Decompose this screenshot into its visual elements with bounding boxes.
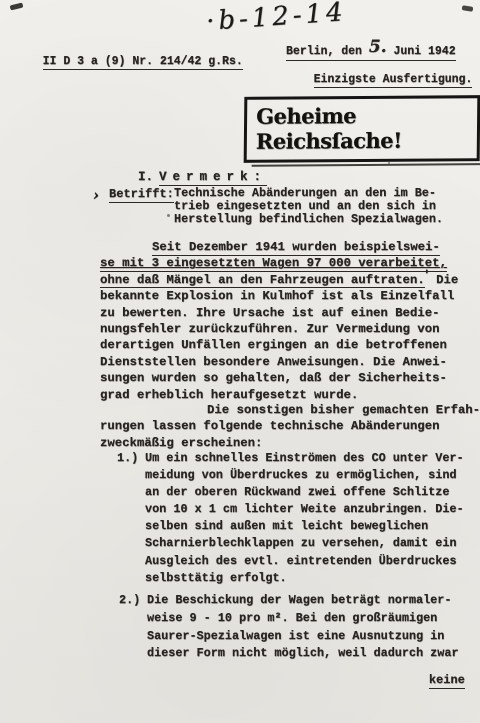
stamp-text: Geheime Reichsſache! (256, 103, 402, 154)
body-line-partially-underlined: ohne daß Mängel an den Fahrzeugen auftra… (100, 272, 458, 288)
scan-artifact (10, 3, 24, 11)
body-line: Scharnierblechklappen zu versehen, damit… (145, 535, 464, 552)
body-line: selben sind außen mit leicht beweglichen (145, 518, 464, 535)
scan-speck (167, 214, 170, 217)
body-line: meidung von Überdruckes zu ermöglichen, … (145, 467, 464, 484)
item-text: Um ein schnelles Einströmen des CO unter… (145, 450, 464, 587)
body-line: Ausgleich des evtl. eintretenden Überdru… (145, 553, 464, 570)
subject-label: Betrifft: (109, 187, 174, 201)
date-line: Berlin, den 5. Juni 1942 (286, 39, 456, 59)
reference-number-text: II D 3 a (9) Nr. 214/42 g.Rs. (43, 55, 243, 70)
catchword: keine (400, 659, 465, 701)
handwritten-tick: ' (425, 268, 429, 283)
body-line: derartigen Unfällen ergingen an die betr… (100, 337, 458, 353)
heading-title: Vermerk: (159, 170, 267, 186)
body-line: nungsfehler zurückzuführen. Zur Vermeidu… (100, 321, 458, 337)
body-line: Dienststellen besondere Anweisungen. Die… (100, 354, 458, 370)
body-line: zweckmäßig erscheinen: (100, 435, 480, 451)
body-line: Saurer-Spezialwagen ist eine Ausnutzung … (147, 628, 459, 646)
body-line: rungen lassen folgende technische Abände… (100, 418, 480, 434)
body-line: grad erheblich heraufgesetzt wurde. (100, 387, 458, 403)
subject-text: Technische Abänderungen an den im Be- tr… (174, 187, 443, 227)
paragraph-operations: Seit Dezember 1941 wurden beispielswei- … (100, 239, 458, 403)
body-line: Die Beschickung der Wagen beträgt normal… (147, 592, 459, 610)
body-line: sungen wurden so gehalten, daß der Siche… (100, 370, 458, 386)
body-line: von 10 x 1 cm lichter Weite anzubringen.… (145, 501, 464, 518)
subject-line: Herstellung befindlichen Spezialwagen. (174, 213, 443, 226)
body-line: Die sonstigen bisher gemachten Erfah- (100, 402, 480, 418)
body-line: bekannte Explosion in Kulmhof ist als Ei… (100, 288, 458, 304)
handwritten-day: 5. (369, 37, 387, 57)
date-rest: Juni 1942 (387, 45, 456, 58)
body-line-underlined: se mit 3 eingesetzten Wagen 97 000 verar… (100, 255, 458, 271)
secret-reich-matter-stamp: Geheime Reichsſache! (244, 95, 480, 163)
heading-numeral: I. (138, 170, 153, 184)
item-number: 1.) (117, 450, 138, 467)
document-page: II D 3 a (9) Nr. 214/42 g.Rs. ·b-12-14 B… (0, 0, 480, 723)
paragraph-experience: Die sonstigen bisher gemachten Erfah- ru… (100, 402, 480, 451)
handwritten-archival-note: ·b-12-14 (205, 0, 347, 37)
body-line: an der oberen Rückwand zwei offene Schli… (145, 484, 464, 501)
sole-copy-note: Einzigste Ausfertigung. (286, 60, 472, 99)
body-line-underlined: Seit Dezember 1941 wurden beispielswei- (100, 239, 458, 255)
handwritten-check-mark: › (93, 186, 99, 204)
numbered-item-1: 1.) Um ein schnelles Einströmen des CO u… (117, 450, 464, 587)
body-line: zu bewerten. Ihre Ursache ist auf einen … (100, 305, 458, 321)
body-line: selbsttätig erfolgt. (145, 570, 464, 587)
scan-artifact (462, 5, 474, 12)
reference-number: II D 3 a (9) Nr. 214/42 g.Rs. (15, 42, 243, 81)
item-number: 2.) (119, 592, 140, 610)
body-line: Um ein schnelles Einströmen des CO unter… (145, 450, 464, 467)
body-line: weise 9 - 10 pro m². Bei den großräumige… (147, 610, 459, 628)
item-text: Die Beschickung der Wagen beträgt normal… (147, 592, 459, 663)
date-city: Berlin, den (286, 45, 369, 58)
numbered-item-2: 2.) Die Beschickung der Wagen beträgt no… (119, 592, 459, 663)
